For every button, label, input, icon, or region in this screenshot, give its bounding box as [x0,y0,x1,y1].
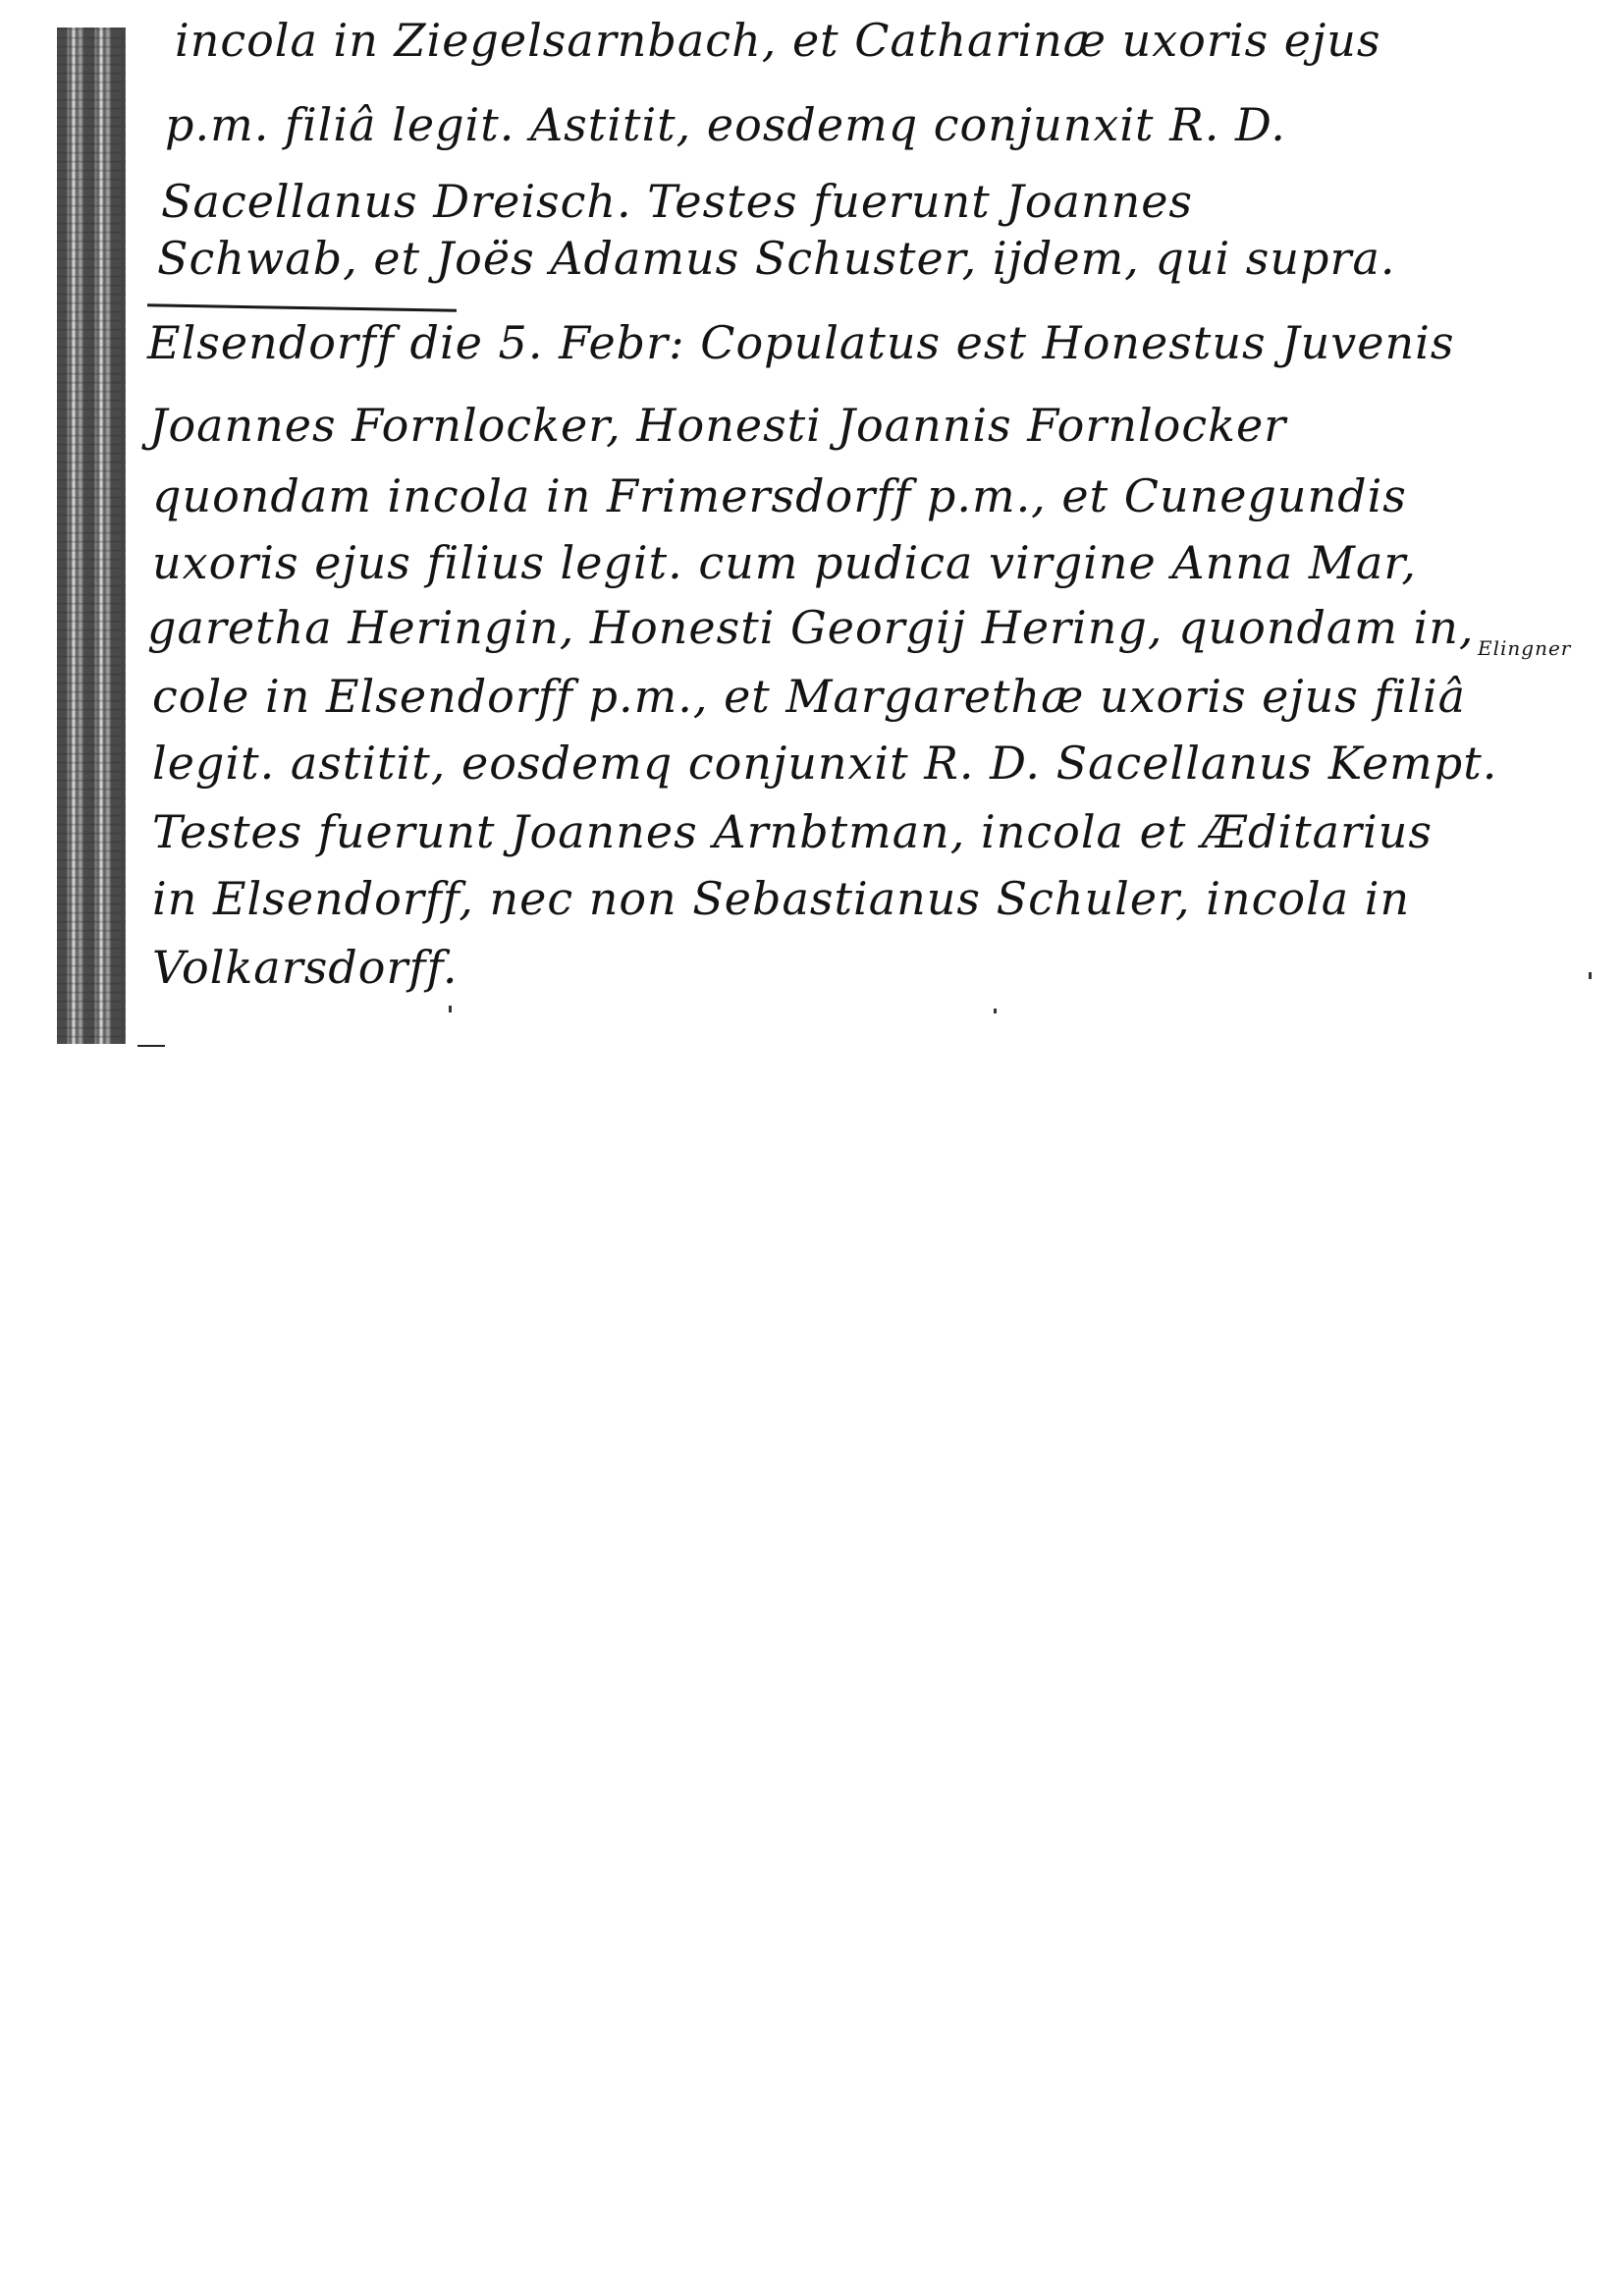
entry-2-line-3: quondam incola in Frimersdorff p.m., et … [152,469,1407,522]
entry-2-line-2: Joannes Fornlocker, Honesti Joannis Forn… [149,399,1286,452]
entry-2-interlinear-note: Elingner [1478,636,1571,660]
entry-1-line-3: Sacellanus Dreisch. Testes fuerunt Joann… [161,175,1193,228]
entry-1-line-4: Schwab, et Joës Adamus Schuster, ijdem, … [157,232,1396,285]
entry-2-line-7: legit. astitit, eosdemq conjunxit R. D. … [152,737,1497,790]
entry-2-line-4: uxoris ejus filius legit. cum pudica vir… [152,536,1417,589]
scanned-page: incola in Ziegelsarnbach, et Catharinæ u… [0,0,1623,2296]
entry-2-line-6: cole in Elsendorff p.m., et Margarethæ u… [152,670,1466,723]
page-end-mark [137,1045,165,1047]
entry-2-line-9: in Elsendorff, nec non Sebastianus Schul… [152,872,1410,925]
scan-speck [449,1006,452,1012]
binding-edge-line [121,27,125,1044]
scan-speck [1589,972,1592,979]
binding-edge-scan [57,27,126,1044]
entry-1-line-2: p.m. filiâ legit. Astitit, eosdemq conju… [165,98,1286,151]
entry-1-line-1: incola in Ziegelsarnbach, et Catharinæ u… [175,14,1381,67]
entry-2-line-10: Volkarsdorff. [152,941,458,994]
entry-2-line-1: Elsendorff die 5. Febr: Copulatus est Ho… [147,316,1454,369]
entry-2-line-5: garetha Heringin, Honesti Georgij Hering… [147,601,1475,654]
entry-2-line-8: Testes fuerunt Joannes Arnbtman, incola … [152,805,1433,858]
entry-separator [147,303,457,311]
scan-speck [994,1009,997,1013]
